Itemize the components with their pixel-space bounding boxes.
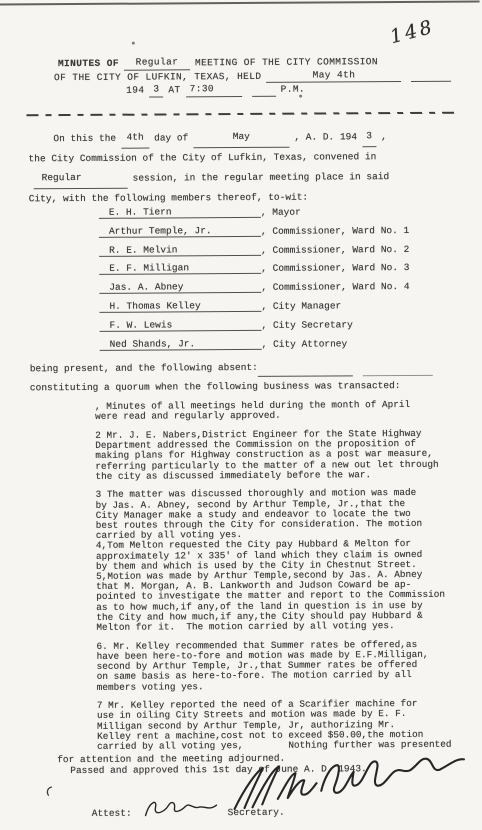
roster-row: R. E. Melvin, Commissioner, Ward No. 2 <box>99 243 409 264</box>
roster-row: F. W. Lewis, City Secretary <box>100 318 410 339</box>
minutes-body: , Minutes of all meetings held during th… <box>95 400 465 753</box>
roster-row: Arthur Temple, Jr., Commissioner, Ward N… <box>99 224 409 245</box>
roster-row: E. F. Milligan, Commissioner, Ward No. 3 <box>99 261 409 282</box>
member-name: H. Thomas Kelley <box>99 300 261 313</box>
stray-pen-mark <box>44 785 54 797</box>
officials-roster: E. H. Tiern, Mayor Arthur Temple, Jr., C… <box>99 205 410 357</box>
attendance-section: being present, and the following absent:… <box>30 357 462 398</box>
session-type-blank: Regular <box>34 168 128 189</box>
opening-text: , A. D. 194 <box>294 131 357 142</box>
minutes-paragraph-6: 6. Mr. Kelley recommended that Summer ra… <box>96 639 464 692</box>
minutes-paragraph-3: 3 The matter was discussed thoroughly an… <box>96 488 464 541</box>
meeting-date-blank: May 4th <box>266 69 401 83</box>
member-name: E. H. Tiern <box>99 206 261 219</box>
roster-separator: , <box>261 301 272 312</box>
member-title: City Secretary <box>273 319 353 330</box>
member-name: Arthur Temple, Jr. <box>99 225 261 238</box>
roster-row: H. Thomas Kelley, City Manager <box>99 299 409 320</box>
member-name: Ned Shands, Jr. <box>100 337 262 350</box>
meeting-type-blank: Regular <box>124 56 190 70</box>
text-line: members voting yes. <box>97 680 465 692</box>
secretary-signature <box>142 796 220 800</box>
year-digit-blank: 3 <box>362 126 376 147</box>
opening-text: day of <box>154 132 188 143</box>
meridiem-label: P.M. <box>281 84 305 95</box>
opening-text: session, in the regular meeting place in… <box>133 171 390 184</box>
document-header: MINUTES OFRegularMEETING OF THE CITY COM… <box>0 55 480 98</box>
day-blank: 4th <box>121 128 149 149</box>
roster-row: E. H. Tiern, Mayor <box>99 205 409 226</box>
text-line: the city as discussed immediately before… <box>95 469 463 481</box>
opening-paragraph: On this the4thday ofMay, A. D. 1943, the… <box>28 126 460 209</box>
time-blank: 7:30 <box>186 83 242 97</box>
minutes-paragraph-7: 7 Mr. Kelley reported the need of a Scar… <box>97 699 465 752</box>
roster-row: Jas. A. Abney, Commissioner, Ward No. 4 <box>99 280 409 301</box>
minutes-paragraph-4: 4,Tom Melton requested the City pay Hubb… <box>96 539 464 572</box>
member-title: City Attorney <box>273 338 347 349</box>
year-digit-blank: 3 <box>149 83 163 97</box>
scan-edge-line <box>0 1 480 6</box>
scan-speck <box>132 42 135 45</box>
quorum-line: constituting a quorum when the following… <box>30 376 462 398</box>
member-name: R. E. Melvin <box>99 243 261 256</box>
header-meeting-label: MEETING OF THE CITY COMMISSION <box>195 56 378 68</box>
opening-line-2: the City Commission of the City of Lufki… <box>28 146 460 168</box>
roster-separator: , <box>261 244 272 255</box>
opening-text: , <box>381 131 387 142</box>
member-name: E. F. Milligan <box>99 262 261 275</box>
member-name: Jas. A. Abney <box>99 281 261 294</box>
roster-separator: , <box>261 226 272 237</box>
separator-dashes <box>26 112 454 117</box>
member-title: Commissioner, Ward No. 1 <box>272 225 409 237</box>
minutes-paragraph-1: , Minutes of all meetings held during th… <box>95 400 463 423</box>
text-line: were read and regularly approved. <box>95 410 463 422</box>
at-label: AT <box>168 84 180 95</box>
minutes-paragraph-2: 2 Mr. J. E. Nabers,District Engineer for… <box>95 429 463 482</box>
opening-line-1: On this the4thday ofMay, A. D. 1943, <box>28 126 460 149</box>
present-text: being present, and the following absent: <box>30 362 258 374</box>
member-title: Mayor <box>272 207 301 218</box>
header-city-label: OF THE CITY OF LUFKIN, TEXAS, HELD <box>54 70 262 82</box>
member-name: F. W. Lewis <box>100 319 262 332</box>
roster-separator: , <box>261 282 272 293</box>
opening-line-3: Regularsession, in the regular meeting p… <box>29 166 461 189</box>
month-blank: May <box>193 127 289 148</box>
empty-blank <box>252 95 276 96</box>
roster-separator: , <box>261 263 272 274</box>
member-title: City Manager <box>273 300 341 311</box>
roster-separator: , <box>262 320 273 331</box>
roster-separator: , <box>262 338 273 349</box>
header-minutes-of-label: MINUTES OF <box>58 58 119 69</box>
member-title: Commissioner, Ward No. 4 <box>273 281 410 293</box>
member-title: Commissioner, Ward No. 3 <box>273 262 410 274</box>
year-prefix: 194 <box>126 85 144 96</box>
present-line: being present, and the following absent: <box>30 357 462 379</box>
roster-row: Ned Shands, Jr., City Attorney <box>100 337 410 358</box>
roster-separator: , <box>261 207 272 218</box>
minutes-paragraph-5: 5,Motion was made by Arthur Temple,secon… <box>96 570 464 633</box>
text-line: Melton for it. The motion carried by all… <box>96 621 464 633</box>
member-title: Commissioner, Ward No. 2 <box>272 244 409 256</box>
document-page: 148 MINUTES OFRegularMEETING OF THE CITY… <box>0 0 482 800</box>
page-number: 148 <box>388 16 437 49</box>
opening-text: On this the <box>53 133 116 144</box>
